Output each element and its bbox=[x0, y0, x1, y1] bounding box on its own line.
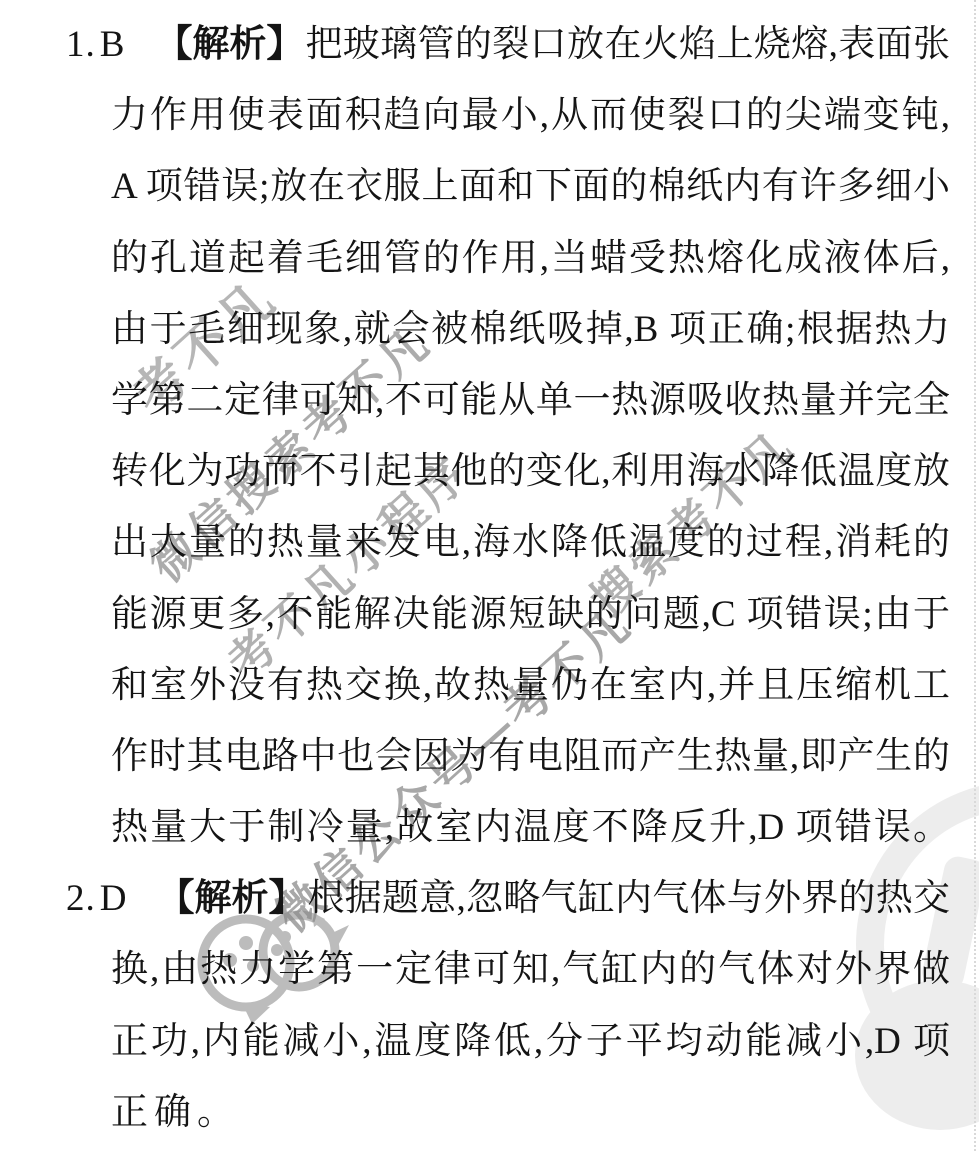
answer-letter: D bbox=[100, 878, 128, 919]
solution-line: 由于毛细现象,就会被棉纸吸掉,B 项正确;根据热力 bbox=[111, 294, 950, 365]
analysis-label: 【解析】 bbox=[155, 9, 303, 80]
solution-line-text: 把玻璃管的裂口放在火焰上烧熔,表面张 bbox=[305, 9, 950, 80]
solution-line: 力作用使表面积趋向最小,从而使裂口的尖端变钝, bbox=[111, 80, 950, 151]
solution-line: 出大量的热量来发电,海水降低温度的过程,消耗的 bbox=[111, 507, 950, 578]
question-number: 1.B bbox=[66, 9, 125, 80]
solution-line: 热量大于制冷量,故室内温度不降反升,D 项错误。 bbox=[111, 792, 950, 863]
solution-item-2: 2.D 【解析】 根据题意,忽略气缸内气体与外界的热交 换,由热力学第一定律可知… bbox=[66, 863, 950, 1148]
question-number-text: 2. bbox=[66, 878, 96, 919]
page-edge-divider bbox=[974, 0, 976, 1151]
solution-line: 作时其电路中也会因为有电阻而产生热量,即产生的 bbox=[111, 721, 950, 792]
solution-line: 能源更多,不能解决能源短缺的问题,C 项错误;由于 bbox=[111, 579, 950, 650]
question-number-text: 1. bbox=[66, 24, 96, 65]
analysis-label: 【解析】 bbox=[157, 863, 305, 934]
solution-line: 学第二定律可知,不可能从单一热源吸收热量并完全 bbox=[111, 365, 950, 436]
solution-line: 正确。 bbox=[111, 1077, 950, 1148]
solution-line: 正功,内能减小,温度降低,分子平均动能减小,D 项 bbox=[111, 1006, 950, 1077]
question-number: 2.D bbox=[66, 863, 127, 934]
solution-line-text: 根据题意,忽略气缸内气体与外界的热交 bbox=[307, 863, 950, 934]
solutions-text-block: 1.B 【解析】 把玻璃管的裂口放在火焰上烧熔,表面张 力作用使表面积趋向最小,… bbox=[66, 9, 950, 1148]
solution-line: 和室外没有热交换,故热量仍在室内,并且压缩机工 bbox=[111, 650, 950, 721]
answer-sheet-page: 考不凡 微信搜索考不凡 考不凡小程序 微信公众号—考不凡 搜索考不凡 bbox=[0, 0, 979, 1151]
solution-line: 的孔道起着毛细管的作用,当蜡受热熔化成液体后, bbox=[111, 223, 950, 294]
solution-line: 转化为功而不引起其他的变化,利用海水降低温度放 bbox=[111, 436, 950, 507]
answer-letter: B bbox=[100, 24, 126, 65]
solution-line: 换,由热力学第一定律可知,气缸内的气体对外界做 bbox=[111, 934, 950, 1005]
solution-line: A 项错误;放在衣服上面和下面的棉纸内有许多细小 bbox=[111, 151, 950, 222]
solution-line: 2.D 【解析】 根据题意,忽略气缸内气体与外界的热交 bbox=[66, 863, 950, 934]
solution-line: 1.B 【解析】 把玻璃管的裂口放在火焰上烧熔,表面张 bbox=[66, 9, 950, 80]
solution-item-1: 1.B 【解析】 把玻璃管的裂口放在火焰上烧熔,表面张 力作用使表面积趋向最小,… bbox=[66, 9, 950, 863]
